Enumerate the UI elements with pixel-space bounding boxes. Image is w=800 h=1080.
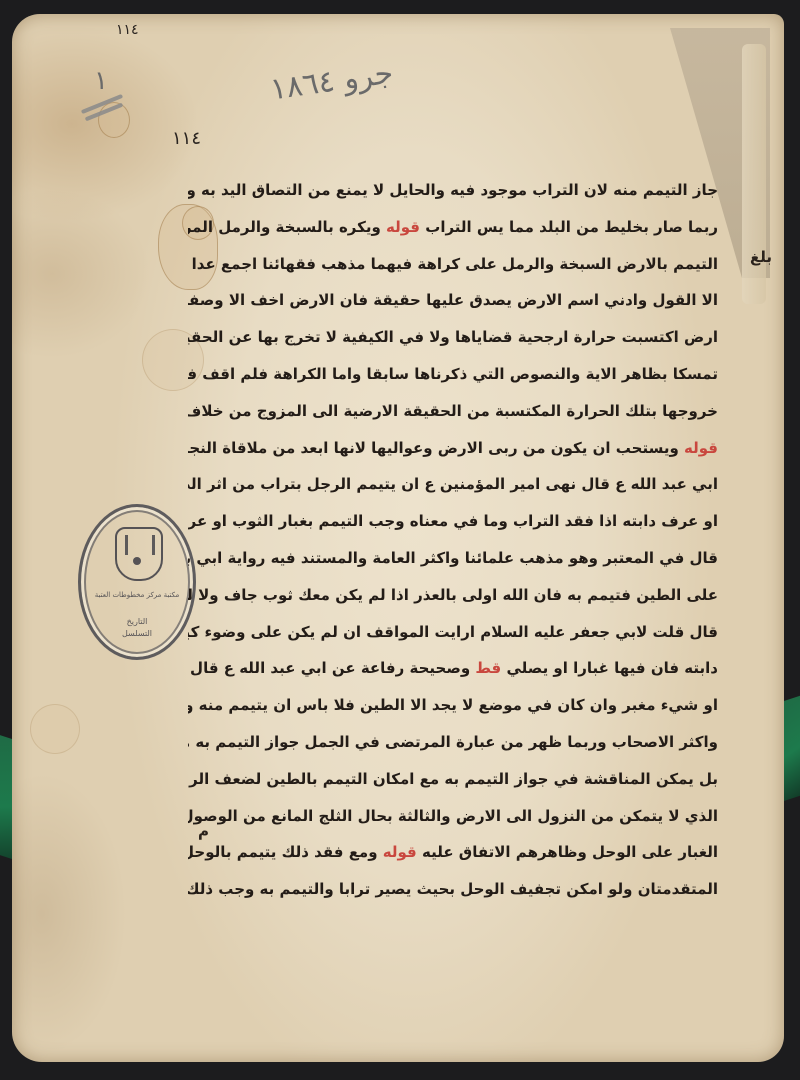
shelf-mark: جرو ١٨٦٤: [268, 56, 395, 108]
text-line-1: جاز التيمم منه لان التراب موجود فيه والح…: [188, 172, 718, 209]
rubric-qat: قط: [475, 659, 501, 677]
folio-number-top: ١١٤: [116, 22, 139, 38]
text-line-16: واكثر الاصحاب وربما ظهر من عبارة المرتضى…: [188, 724, 718, 761]
pencil-mark: ١: [94, 66, 108, 96]
stamp-date-label: التاريخ: [101, 617, 173, 626]
text-line-10: او عرف دابته اذا فقد التراب وما في معناه…: [188, 503, 718, 540]
text-line-20: المتقدمتان ولو امكن تجفيف الوحل بحيث يصي…: [188, 871, 718, 908]
text-line-11: قال في المعتبر وهو مذهب علمائنا واكثر ال…: [188, 540, 718, 577]
text-line-4: الا القول وادني اسم الارض يصدق عليها حقي…: [188, 282, 718, 319]
line-text: ويستحب ان يكون من ربى الارض وعواليها لان…: [188, 439, 679, 457]
text-line-17: بل يمكن المناقشة في جواز التيمم به مع ام…: [188, 761, 718, 798]
text-line-9: ابي عبد الله ع قال نهى امير المؤمنين ع ا…: [188, 466, 718, 503]
line-text: ويكره بالسبخة والرمل المراد بالسبخة الار…: [188, 218, 381, 236]
text-line-3: التيمم بالارض السبخة والرمل على كراهة في…: [188, 246, 718, 283]
rubric-qawluhu: قوله: [684, 439, 718, 457]
line-text: ابي عبد الله ع قال نهى امير المؤمنين ع ا…: [188, 475, 718, 493]
folio-number-left: ١١٤: [172, 128, 201, 149]
rubric-qawluhu: قوله: [383, 843, 417, 861]
line-text: دابته فان فيها غبارا او يصلي: [507, 659, 719, 677]
line-text: الغبار على الوحل وظاهرهم الاتفاق عليه: [422, 843, 718, 861]
line-text: وصحيحة رفاعة عن ابي عبد الله ع قال اذا ك…: [188, 659, 470, 677]
text-line-15: او شيء مغبر وان كان في موضع لا يجد الا ا…: [188, 687, 718, 724]
text-line-5: ارض اكتسبت حرارة ارجحية قضاياها ولا في ا…: [188, 319, 718, 356]
stamp-ring-text: مكتبة مركز مخطوطات العتبة: [87, 591, 187, 600]
text-line-14: دابته فان فيها غبارا او يصلي قط وصحيحة ر…: [188, 650, 718, 687]
line-text: ربما صار بخليط من البلد مما يس التراب: [425, 218, 718, 236]
text-line-19: الغبار على الوحل وظاهرهم الاتفاق عليه قو…: [188, 834, 718, 871]
text-line-7: خروجها بتلك الحرارة المكتسبة من الحقيقة …: [188, 393, 718, 430]
stamp-serial-label: التسلسل: [101, 629, 173, 638]
text-line-8: قوله ويستحب ان يكون من ربى الارض وعواليه…: [188, 430, 718, 467]
rubric-qawluhu: قوله: [386, 218, 420, 236]
library-stamp: مكتبة مركز مخطوطات العتبة التاريخ التسلس…: [78, 504, 196, 660]
line-text: ومع فقد ذلك يتيمم بالوحل المستند في ذلك …: [188, 843, 378, 861]
manuscript-text-block: جاز التيمم منه لان التراب موجود فيه والح…: [188, 172, 718, 908]
hamsa-emblem-icon: [115, 527, 163, 581]
text-line-18: الذي لا يتمكن من النزول الى الارض والثال…: [188, 798, 718, 835]
water-stain: [30, 704, 80, 754]
margin-note-balagha: بلغ: [750, 248, 772, 266]
text-line-13: قال قلت لابي جعفر عليه السلام ارايت المو…: [188, 614, 718, 651]
text-line-12: على الطين فتيمم به فان الله اولى بالعذر …: [188, 577, 718, 614]
text-line-6: تمسكا بظاهر الاية والنصوص التي ذكرناها س…: [188, 356, 718, 393]
text-line-2: ربما صار بخليط من البلد مما يس التراب قو…: [188, 209, 718, 246]
